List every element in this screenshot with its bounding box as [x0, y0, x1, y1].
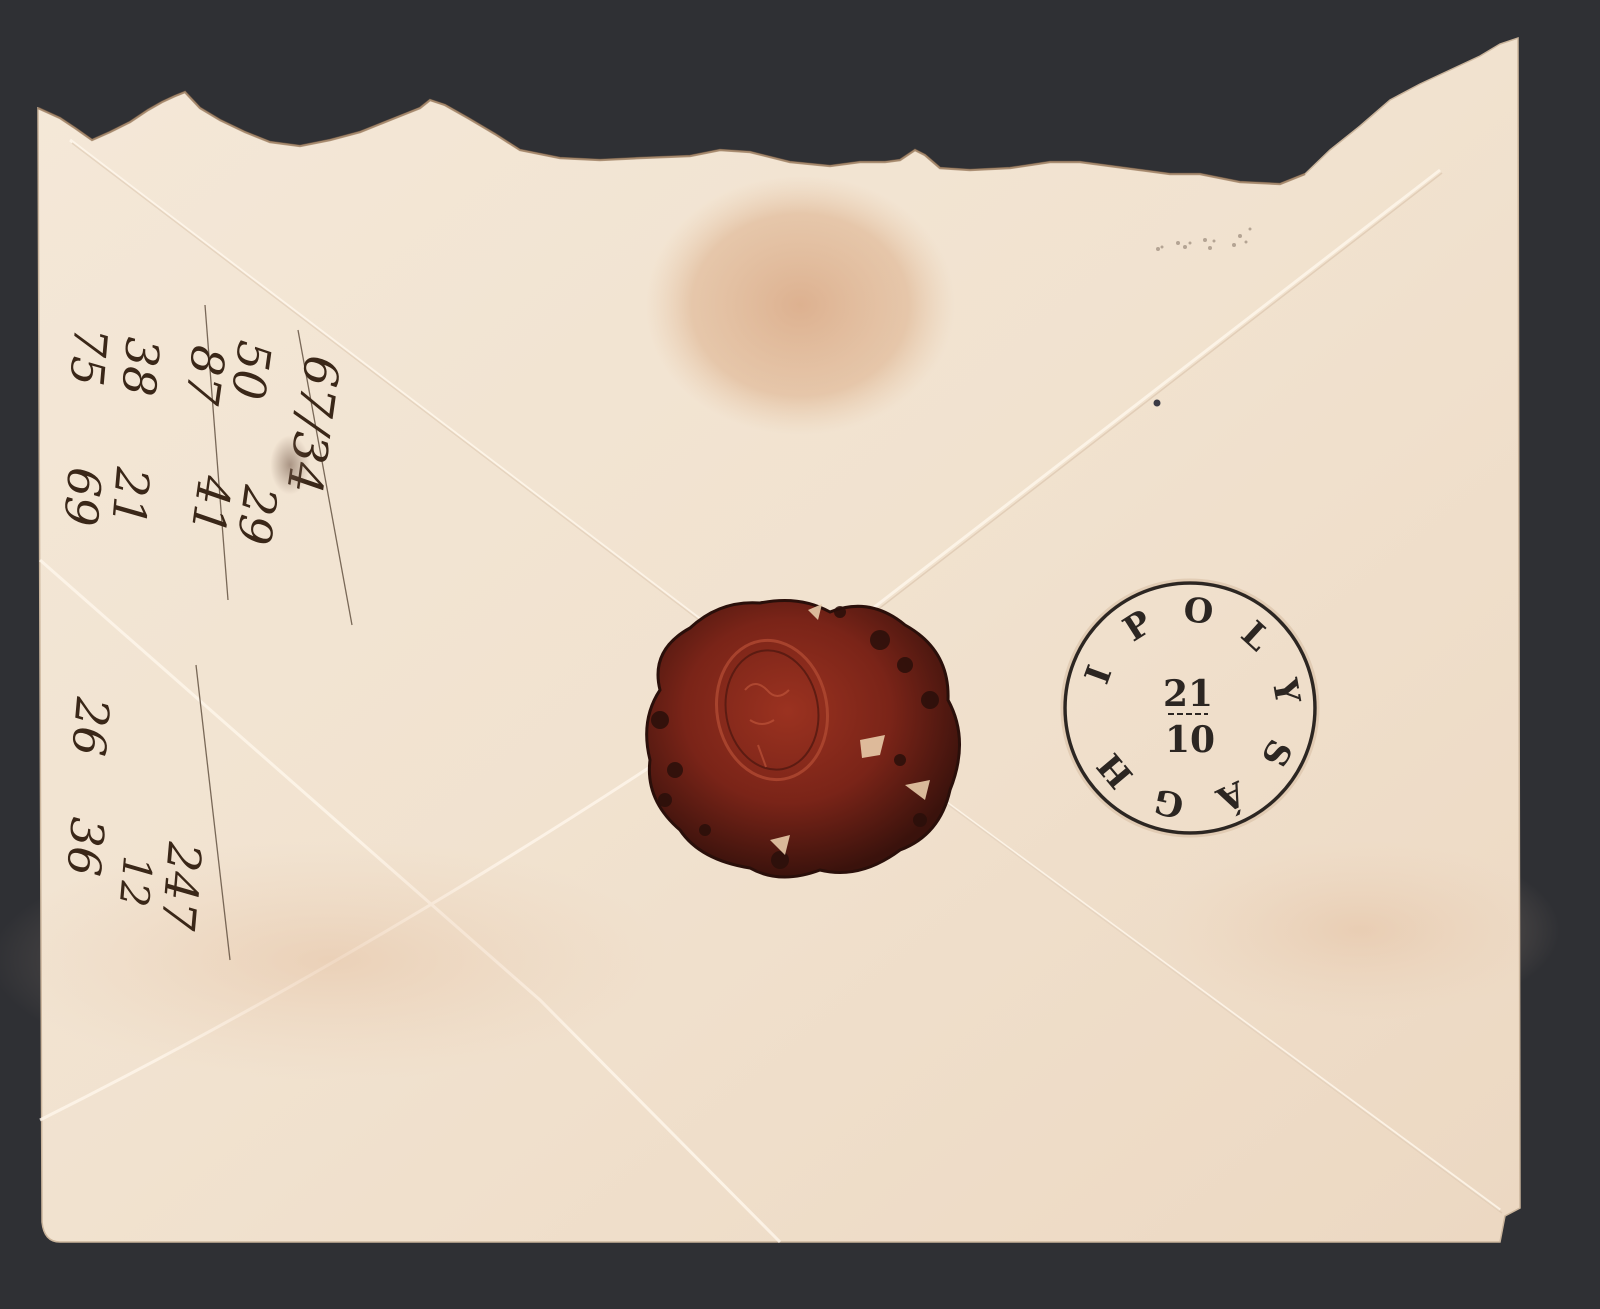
- photo-stage: IPOLYSÁGH 21 10 69 21 75 38 41 29 87 50 …: [0, 0, 1600, 1309]
- wax-seal: [647, 600, 960, 877]
- envelope-back: [0, 0, 1600, 1309]
- postmark-text: IPOLYSÁGH 21 10: [1065, 583, 1315, 833]
- note-lower-a: 36: [56, 815, 115, 878]
- note-col1-b: 21: [101, 465, 160, 528]
- postmark-letter: Á: [1210, 772, 1253, 821]
- postmark-letter: H: [1090, 745, 1141, 795]
- note-lower-c: 247: [151, 840, 212, 932]
- ink-blot: [270, 435, 310, 495]
- stain-top-center: [645, 175, 955, 435]
- note-col2-b: 29: [226, 482, 288, 547]
- note-lower-d: 26: [61, 695, 120, 758]
- postmark-letter: L: [1233, 614, 1278, 660]
- postmark-month: 10: [1165, 719, 1215, 761]
- postmark-letter: Y: [1264, 675, 1308, 708]
- postmark-letter: G: [1150, 780, 1187, 825]
- note-col1-c: 75: [59, 325, 118, 388]
- note-col2-d: 50: [220, 337, 282, 402]
- postmark-day: 21: [1163, 673, 1213, 715]
- stain-bottom-right: [1160, 840, 1560, 1020]
- postmark-letter: P: [1116, 602, 1159, 649]
- postmark-letter: S: [1253, 733, 1300, 773]
- postmark-letter: O: [1182, 590, 1215, 632]
- note-col1-d: 38: [111, 335, 170, 398]
- postmark-letter: I: [1077, 661, 1120, 690]
